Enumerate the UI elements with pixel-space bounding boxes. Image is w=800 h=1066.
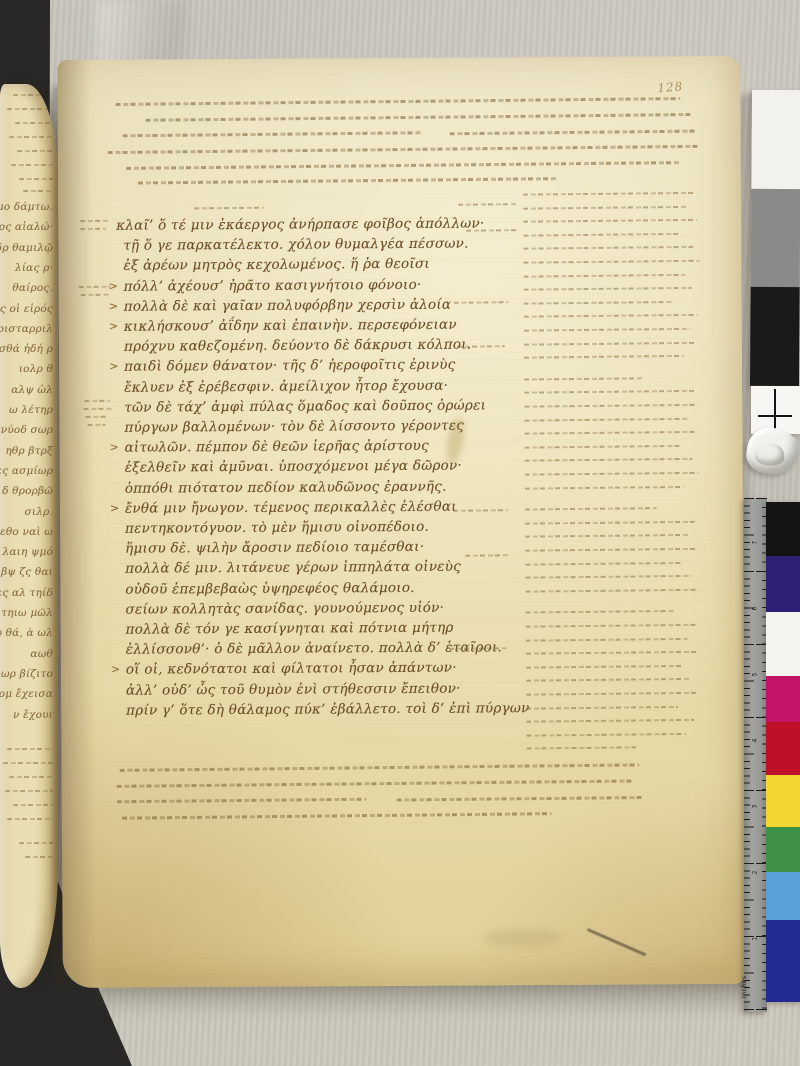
gloss-line [81,294,109,296]
text-line: τῶν δὲ τάχ’ ἀμφὶ πύλας ὅμαδος καὶ δοῦπος… [124,397,554,420]
iliad-verse: οἵ οἱ, κεδνότατοι καὶ φίλτατοι ἦσαν ἁπάν… [126,660,457,678]
scholia-line [123,131,423,137]
facing-text-fragment: τω τηιω μῶλ [0,608,53,619]
diple-mark: > [109,441,119,454]
iliad-verse: πρόχνυ καθεζομένη. δεύοντο δὲ δάκρυσι κό… [124,337,471,355]
text-line: >οἵ οἱ, κεδνότατοι καὶ φίλτατοι ἦσαν ἁπά… [126,659,556,682]
facing-scholia-line [7,748,53,750]
text-line: >κικλήσκουσ’ ἀΐδην καὶ ἐπαινὴν. περσεφόν… [124,316,554,339]
iliad-verse: πόλλ’ ἀχέουσ’ ἠρᾶτο κασιγνήτοιο φόνοιο· [124,276,422,294]
ruler-number: 2 [752,865,759,875]
grayscale-calibration-card [750,90,800,386]
grayscale-patch [750,287,800,386]
text-line: ἔκλυεν ἐξ ἐρέβεσφιν. ἀμείλιχον ἦτορ ἔχου… [124,377,554,400]
text-line: >αἰτωλῶν. πέμπον δὲ θεῶν ἱερῆας ἀρίστους [124,437,554,460]
text-line: ἐξ ἀρέων μητρὸς κεχολωμένος. ἥ ῥα θεοῖσι [123,255,553,278]
facing-text-fragment: λίας ρ· [15,263,53,274]
text-line: >πόλλ’ ἀχέουσ’ ἠρᾶτο κασιγνήτοιο φόνοιο· [124,276,554,299]
gloss-line [79,286,111,288]
iliad-verse: πεντηκοντόγυον. τὸ μὲν ἥμισυ οἰνοπέδοιο. [125,519,429,537]
registration-target-card [751,386,800,434]
iliad-verse: ἐλλίσσονθ’· ὁ δὲ μᾶλλον ἀναίνετο. πολλὰ … [126,640,502,658]
facing-scholia-line [25,856,53,858]
facing-text-fragment: ομ ἔχεισα [0,689,53,700]
facing-text-fragment: θαίρος. [12,283,53,294]
inch-ruler: Inches 7654321 [744,498,767,1012]
color-patch [766,502,800,556]
facing-scholia-line [19,178,53,180]
scholia-line [126,161,681,170]
iliad-verse: ἥμισυ δὲ. ψιλὴν ἄροσιν πεδίοιο ταμέσθαι· [125,539,424,557]
diple-mark: > [111,663,121,676]
iliad-verse: κλαῖ’ ὅ τέ μιν ἑκάεργος ἀνήρπασε φοῖβος … [116,215,484,233]
scholia-line [108,145,698,154]
manuscript-photograph: μο δάμτω.ησος αἰαλώ·δβέρδρ θαμιλῷλίας ρ·… [0,0,800,1066]
facing-text-fragment: ν ἔχουι [13,710,53,721]
parchment-blot [482,929,562,947]
facing-text-fragment: ιολρ θ [19,364,53,375]
gloss-line [83,408,113,410]
iliad-verse: ἔκλυεν ἐξ ἐρέβεσφιν. ἀμείλιχον ἦτορ ἔχου… [124,377,448,395]
ruler-unit-label: Inches [741,976,748,999]
facing-text-fragment: δ θρορβῶ [2,486,53,497]
facing-text-fragment: ς σεθο ναὶ ω [0,527,53,538]
facing-scholia-line [13,804,53,806]
text-line: ἐξελθεῖν καὶ ἀμῦναι. ὑποσχόμενοι μέγα δῶ… [125,457,555,480]
scholia-line [115,97,680,106]
text-line: ὁππόθι πιότατον πεδίον καλυδῶνος ἐραννῆς… [125,478,555,501]
scholia-line [450,130,696,136]
facing-text-fragment: ησος αἰαλώ· [0,222,53,233]
color-patch [766,722,800,775]
facing-scholia-line [11,164,53,166]
facing-text-fragment: μο δάμτω. [0,202,53,213]
text-line: πρόχνυ καθεζομένη. δεύοντο δὲ δάκρυσι κό… [124,336,554,359]
iliad-verse: ἐξελθεῖν καὶ ἀμῦναι. ὑποσχόμενοι μέγα δῶ… [125,458,462,476]
gloss-line [87,424,105,426]
grayscale-patch [751,90,800,189]
facing-text-fragment: ρας οἱ εἱρός [0,304,53,315]
facing-text-fragment: σιλρ. [25,507,53,518]
iliad-verse: σείων κολλητὰς σανίδας. γουνούμενος υἱόν… [125,600,444,618]
iliad-verse: κικλήσκουσ’ ἀΐδην καὶ ἐπαινὴν. περσεφόνε… [124,317,457,335]
grayscale-patch [751,188,800,287]
facing-text-fragment: βψ ζς θαι [1,567,53,578]
diple-mark: > [109,320,119,333]
facing-scholia-line [13,94,53,96]
facing-text-fragment: ω θά, ὰ ωλ [0,628,53,639]
facing-text-fragment: δβέρδρ θαμιλῷ [0,243,53,254]
text-line: πολλὰ δὲ τόν γε κασίγνηται καὶ πότνια μή… [126,619,556,642]
facing-scholia-line [9,776,53,778]
ruler-number: 4 [752,733,759,743]
facing-scholia-line [15,122,53,124]
iliad-verse: ἐξ ἀρέων μητρὸς κεχολωμένος. ἥ ῥα θεοῖσι [123,256,430,274]
facing-text-fragment: νύοδ σωρ [1,425,53,436]
facing-text-fragment: υ λαιη ψμό [0,547,53,558]
diple-mark: > [109,360,119,373]
gloss-line [85,416,107,418]
text-line: οὐδοῦ ἐπεμβεβαὼς ὑψηρεφέος θαλάμοιο. [125,579,555,602]
facing-scholia-line [5,790,53,792]
facing-text-fragment: αλψ ὡλ [11,385,53,396]
facing-scholia-line [3,762,53,764]
iliad-verse: αἰτωλῶν. πέμπον δὲ θεῶν ἱερῆας ἀρίστους [124,438,428,456]
scholia-line [138,177,558,184]
facing-scholia-line [9,136,53,138]
folio-number: 128 [657,79,684,95]
gutter-shading [57,60,97,988]
facing-text-fragment: ηθρ βτρξ [5,446,53,457]
facing-text-fragment: ες ασμίωρ [0,466,53,477]
text-line: σείων κολλητὰς σανίδας. γουνούμενος υἱόν… [125,599,555,622]
iliad-verse: τῇ ὅ γε παρκατέλεκτο. χόλον θυμαλγέα πέσ… [123,236,468,254]
color-patch [766,827,800,872]
text-line: πρίν γ’ ὅτε δὴ θάλαμος πύκ’ ἐβάλλετο. το… [126,700,556,723]
ruler-number: 6 [752,601,759,611]
facing-text-fragment: ες αλ τηίδ [0,588,53,599]
iliad-verse: πολλὰ δὲ καὶ γαῖαν πολυφόρβην χερσὶν ἀλο… [124,296,452,314]
gloss-line [80,220,110,222]
text-line: >πολλὰ δὲ καὶ γαῖαν πολυφόρβην χερσὶν ἀλ… [124,296,554,319]
ruler-number: 5 [752,667,759,677]
iliad-verse: πύργων βαλλομένων· τὸν δὲ λίσσοντο γέρον… [124,418,464,436]
iliad-verse: ἔνθά μιν ἤνωγον. τέμενος περικαλλὲς ἑλέσ… [125,498,457,516]
iliad-verse: παιδὶ δόμεν θάνατον· τῆς δ’ ἠεροφοῖτις ἐ… [124,357,456,375]
ruler-number: 7 [752,535,759,545]
text-line: ἀλλ’ οὐδ’ ὧς τοῦ θυμὸν ἐνὶ στήθεσσιν ἔπε… [126,680,556,703]
facing-text-fragment: ωρ βίζιτο [1,669,53,680]
ink-smudge [587,928,647,956]
iliad-verse: τῶν δὲ τάχ’ ἀμφὶ πύλας ὅμαδος καὶ δοῦπος… [124,397,486,415]
text-line: πολλὰ δέ μιν. λιτάνευε γέρων ἱππηλάτα οἰ… [125,558,555,581]
scholia-line [146,113,691,122]
facing-scholia-line [23,190,53,192]
iliad-verse: οὐδοῦ ἐπεμβεβαὼς ὑψηρεφέος θαλάμοιο. [125,580,414,598]
facing-text-fragment: ω λέτηρ [9,405,53,416]
facing-scholia-line [17,150,53,152]
text-line: ἐλλίσσονθ’· ὁ δὲ μᾶλλον ἀναίνετο. πολλὰ … [126,639,556,662]
color-patch [766,676,800,722]
ruler-number: 3 [752,799,759,809]
text-line: >παιδὶ δόμεν θάνατον· τῆς δ’ ἠεροφοῖτις … [124,356,554,379]
facing-text-fragment: σθά ἠδή ρ [0,344,53,355]
iliad-verse: πρίν γ’ ὅτε δὴ θάλαμος πύκ’ ἐβάλλετο. το… [126,700,530,718]
text-line: πεντηκοντόγυον. τὸ μὲν ἥμισυ οἰνοπέδοιο. [125,518,555,541]
color-patch [766,556,800,612]
iliad-verse: πολλὰ δὲ τόν γε κασίγνηται καὶ πότνια μή… [126,620,454,638]
diple-mark: > [109,300,119,313]
scholia-line [523,192,695,196]
iliad-verse: ὁππόθι πιότατον πεδίον καλυδῶνος ἐραννῆς… [125,478,447,496]
text-line: κλαῖ’ ὅ τέ μιν ἑκάεργος ἀνήρπασε φοῖβος … [116,215,546,238]
iliad-verse: πολλὰ δέ μιν. λιτάνευε γέρων ἱππηλάτα οἰ… [125,559,461,577]
crosshair-icon [758,415,792,417]
diple-mark: > [110,502,120,515]
color-patch [766,612,800,676]
gloss-line [84,400,110,402]
iliad-verse: ἀλλ’ οὐδ’ ὧς τοῦ θυμὸν ἐνὶ στήθεσσιν ἔπε… [126,680,461,698]
color-patch [766,775,800,827]
color-calibration-bar [766,502,800,1002]
text-line: τῇ ὅ γε παρκατέλεκτο. χόλον θυμαλγέα πέσ… [123,235,553,258]
manuscript-page: 128 κλαῖ’ ὅ τέ μιν ἑκάεργος ἀνήρπασε φοῖ… [57,56,746,988]
facing-text-fragment: ω ροισταρριλ [0,324,53,335]
text-line: πύργων βαλλομένων· τὸν δὲ λίσσοντο γέρον… [124,417,554,440]
text-line: ἥμισυ δὲ. ψιλὴν ἄροσιν πεδίοιο ταμέσθαι· [125,538,555,561]
facing-scholia-line [7,108,53,110]
color-patch [766,920,800,1002]
facing-scholia-line [19,842,53,844]
color-patch [766,872,800,920]
ruler-number: 1 [752,931,759,941]
facing-scholia-line [7,818,53,820]
gloss-line [80,228,106,230]
crosshair-icon [774,389,776,431]
